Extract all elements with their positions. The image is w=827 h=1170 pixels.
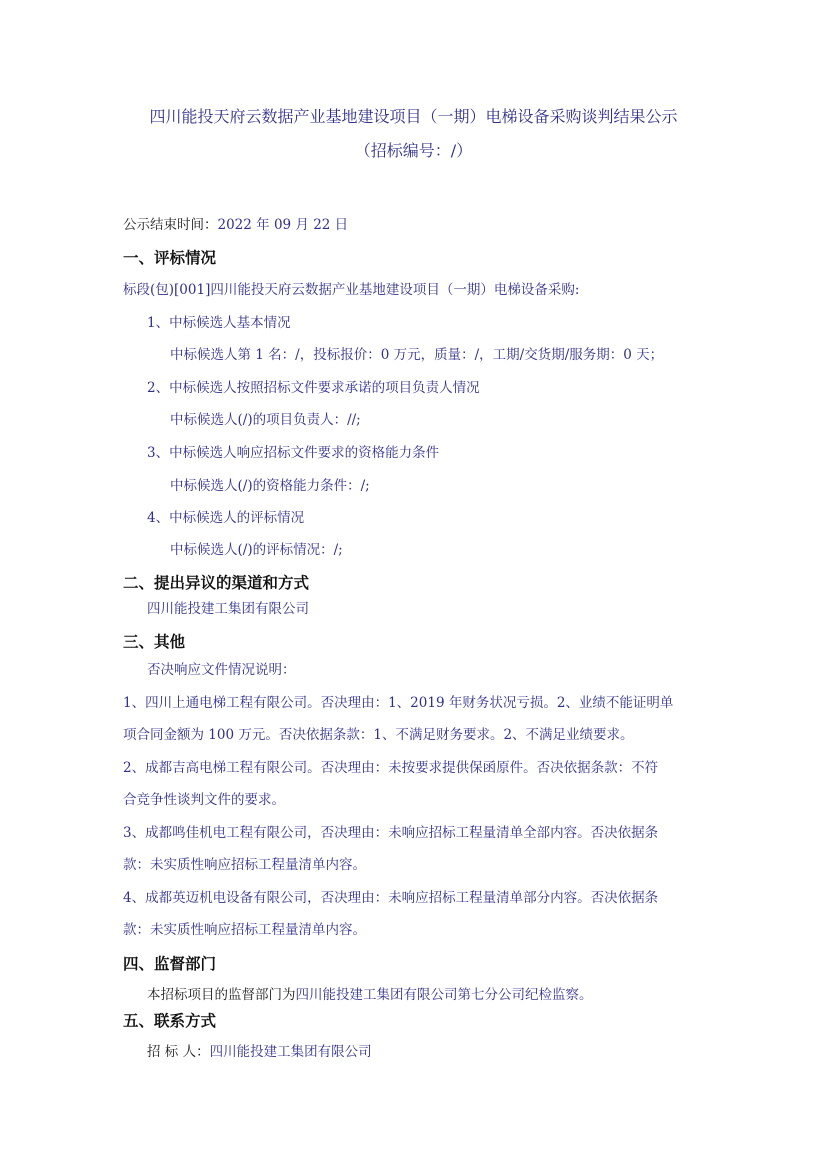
rejection-line: 4、成都英迈机电设备有限公司，否决理由：未响应招标工程量清单部分内容。否决依据条 [123, 889, 658, 907]
candidate-item-title: 1、中标候选人基本情况 [147, 314, 291, 332]
contact-label: 招 标 人： [147, 1044, 210, 1060]
section-5-heading: 五、联系方式 [123, 1011, 216, 1031]
candidate-item-detail: 中标候选人(/)的评标情况：/; [170, 541, 343, 559]
candidate-item-title: 3、中标候选人响应招标文件要求的资格能力条件 [147, 444, 439, 462]
supervision-prefix: 本招标项目的监督部门为 [147, 987, 296, 1003]
supervision-value: 四川能投建工集团有限公司第七分公司纪检监察。 [296, 987, 593, 1003]
supervision-department: 本招标项目的监督部门为四川能投建工集团有限公司第七分公司纪检监察。 [147, 986, 593, 1004]
document-title: 四川能投天府云数据产业基地建设项目（一期）电梯设备采购谈判结果公示 [0, 106, 827, 128]
objection-channel: 四川能投建工集团有限公司 [147, 600, 309, 618]
end-time: 公示结束时间：2022 年 09 月 22 日 [123, 216, 348, 234]
rejection-line: 1、四川上通电梯工程有限公司。否决理由：1、2019 年财务状况亏损。2、业绩不… [123, 694, 673, 712]
lot-description: 标段(包)[001]四川能投天府云数据产业基地建设项目（一期）电梯设备采购: [123, 281, 579, 299]
contact-line: 招 标 人：四川能投建工集团有限公司 [147, 1043, 372, 1061]
document-page: 四川能投天府云数据产业基地建设项目（一期）电梯设备采购谈判结果公示 （招标编号：… [0, 0, 827, 1170]
section-1-heading: 一、评标情况 [123, 248, 216, 268]
rejection-line: 项合同金额为 100 万元。否决依据条款：1、不满足财务要求。2、不满足业绩要求… [123, 726, 634, 744]
section-2-heading: 二、提出异议的渠道和方式 [123, 573, 309, 593]
section-4-heading: 四、监督部门 [123, 954, 216, 974]
rejection-line: 合竞争性谈判文件的要求。 [123, 791, 285, 809]
end-time-value: 2022 年 09 月 22 日 [218, 217, 349, 233]
contact-value: 四川能投建工集团有限公司 [210, 1044, 372, 1060]
candidate-item-title: 4、中标候选人的评标情况 [147, 509, 304, 527]
rejection-line: 款：未实质性响应招标工程量清单内容。 [123, 921, 366, 939]
end-time-label: 公示结束时间： [123, 217, 218, 233]
rejection-line: 款：未实质性响应招标工程量清单内容。 [123, 856, 366, 874]
rejection-line: 2、成都吉高电梯工程有限公司。否决理由：未按要求提供保函原件。否决依据条款：不符 [123, 759, 658, 777]
candidate-item-detail: 中标候选人第 1 名：/，投标报价：0 万元，质量：/，工期/交货期/服务期：0… [170, 346, 663, 364]
rejection-line: 3、成都鸣佳机电工程有限公司，否决理由：未响应招标工程量清单全部内容。否决依据条 [123, 824, 658, 842]
section-3-heading: 三、其他 [123, 632, 185, 652]
candidate-item-detail: 中标候选人(/)的资格能力条件：/; [170, 477, 370, 495]
rejection-intro: 否决响应文件情况说明： [147, 661, 296, 679]
candidate-item-detail: 中标候选人(/)的项目负责人：//; [170, 411, 361, 429]
candidate-item-title: 2、中标候选人按照招标文件要求承诺的项目负责人情况 [147, 379, 480, 397]
document-subtitle: （招标编号：/） [0, 140, 827, 162]
